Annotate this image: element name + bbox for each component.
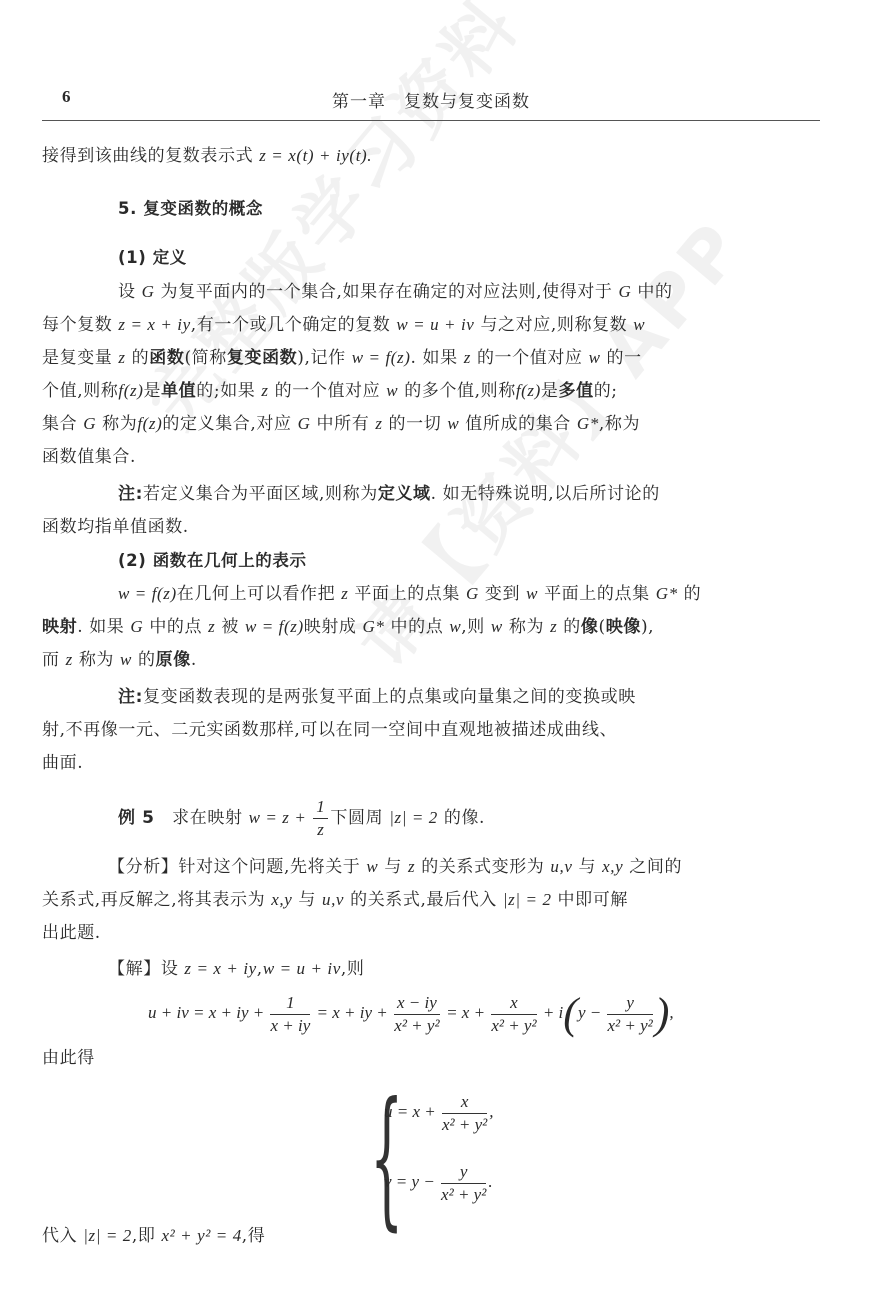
text: v = y −	[384, 1172, 439, 1191]
math-inline: w	[366, 857, 378, 876]
note: 注:若定义集合为平面区域,则称为定义域. 如无特殊说明,以后所讨论的	[118, 482, 820, 506]
math-inline: f(z)	[516, 381, 541, 400]
subsection-heading: (2) 函数在几何上的表示	[118, 549, 871, 573]
paragraph-line: 每个复数 z = x + iy,有一个或几个确定的复数 w = u + iv 与…	[42, 313, 820, 337]
text: y	[441, 1161, 486, 1184]
math-inline: z	[118, 348, 125, 367]
text: 接得到该曲线的复数表示式	[42, 146, 259, 166]
math-inline: u,v	[550, 857, 572, 876]
paragraph-line: 函数均指单值函数.	[42, 515, 820, 539]
note-label: 注:	[118, 687, 143, 707]
text: ,有一个或几个确定的复数	[191, 315, 397, 335]
subsection-heading: (1) 定义	[118, 246, 871, 270]
math-inline: w = z +	[249, 808, 312, 827]
math-inline: |z| = 2	[389, 808, 438, 827]
text: 1x + iy	[270, 992, 310, 1037]
text: + i	[539, 1003, 564, 1022]
text: 1	[313, 796, 328, 819]
math-inline: u,v	[322, 890, 344, 909]
bold-term: 映射	[42, 617, 77, 637]
note-label: 注:	[118, 484, 143, 504]
text: 是	[541, 381, 559, 401]
paragraph-line: 设 G 为复平面内的一个集合,如果存在确定的对应法则,使得对于 G 中的	[118, 280, 820, 304]
text: ,则	[341, 959, 365, 979]
bold-term: 多值	[558, 381, 593, 401]
text: 的关系式变形为	[415, 857, 550, 877]
text: 为复平面内的一个集合,如果存在确定的对应法则,使得对于	[155, 282, 619, 302]
text: 的一个值对应	[269, 381, 387, 401]
system-equation-v: v = y − yx² + y².	[384, 1158, 493, 1206]
math-inline: z	[66, 650, 73, 669]
bold-term: 函数	[149, 348, 184, 368]
paragraph-line: 是复变量 z 的函数(简称复变函数),记作 w = f(z). 如果 z 的一个…	[42, 346, 820, 370]
text: 设	[118, 282, 142, 302]
math-inline: w = u + iv	[263, 959, 341, 978]
chapter-title: 第一章 复数与复变函数	[42, 87, 820, 112]
math-inline: G*	[656, 584, 678, 603]
paragraph-line: 曲面.	[42, 751, 820, 775]
text: 之间的	[623, 857, 682, 877]
text: 的	[126, 348, 150, 368]
paragraph-line: 代入 |z| = 2,即 x² + y² = 4,得	[42, 1224, 820, 1248]
math-inline: G	[298, 414, 311, 433]
text: 函数值集合.	[42, 447, 136, 467]
text: = x + iy +	[312, 1003, 392, 1022]
text: 平面上的点集	[348, 584, 466, 604]
text: 称为	[503, 617, 550, 637]
text: 若定义集合为平面区域,则称为	[143, 484, 378, 504]
text: 是	[143, 381, 161, 401]
paragraph-line: w = f(z)在几何上可以看作把 z 平面上的点集 G 变到 w 平面上的点集…	[118, 582, 820, 606]
text: 与之对应,则称复数	[474, 315, 633, 335]
paragraph-line: 由此得	[42, 1046, 820, 1070]
text: x² + y²	[442, 1114, 487, 1136]
text: 1	[270, 992, 310, 1015]
math-inline: G	[130, 617, 143, 636]
bold-term: 原像	[156, 650, 191, 670]
text: 与	[292, 890, 322, 910]
text: x² + y²	[491, 1015, 536, 1037]
formula: z = x(t) + iy(t).	[259, 146, 372, 165]
text: 函数均指单值函数.	[42, 517, 189, 537]
math-inline: f(z)	[137, 414, 162, 433]
text: x + iy	[270, 1015, 310, 1037]
text: 射,不再像一元、二元实函数那样,可以在同一空间中直观地被描述成曲线、	[42, 720, 617, 740]
text: .	[488, 1172, 492, 1191]
text: . 如果	[77, 617, 130, 637]
paragraph-line: 函数值集合.	[42, 445, 820, 469]
text: 个值,则称	[42, 381, 118, 401]
math-inline: G	[466, 584, 479, 603]
text: 与	[378, 857, 408, 877]
math-inline: z = x + iy	[184, 959, 256, 978]
display-equation: u + iv = x + iy + 1x + iy = x + iy + x −…	[148, 988, 674, 1039]
text: 的;如果	[196, 381, 261, 401]
text: 复变函数表现的是两张复平面上的点集或向量集之间的变换或映	[143, 687, 636, 707]
text: 平面上的点集	[538, 584, 656, 604]
text: 的定义集合,对应	[162, 414, 297, 434]
math-inline: w	[633, 315, 645, 334]
text: 中的点	[385, 617, 450, 637]
text: )	[655, 989, 670, 1038]
text: (简称	[184, 348, 226, 368]
text: 下圆周	[330, 808, 389, 828]
example-statement: 例 5 求在映射 w = z + 1z下圆周 |z| = 2 的像.	[118, 796, 820, 846]
text: x² + y²	[394, 1015, 440, 1037]
paragraph-line: 射,不再像一元、二元实函数那样,可以在同一空间中直观地被描述成曲线、	[42, 718, 820, 742]
math-inline: f(z)	[118, 381, 143, 400]
text: 变到	[479, 584, 526, 604]
math-inline: G	[83, 414, 96, 433]
text: 称为	[96, 414, 137, 434]
text: ,	[669, 1003, 673, 1022]
text: 而	[42, 650, 66, 670]
text	[155, 808, 173, 828]
text: 中的	[631, 282, 672, 302]
math-inline: w	[447, 414, 459, 433]
text: yx² + y²	[607, 992, 652, 1037]
text: ,称为	[599, 414, 640, 434]
text: 称为	[73, 650, 120, 670]
math-inline: z = x + iy	[118, 315, 190, 334]
text: 出此题.	[42, 923, 101, 943]
analysis-label: 【分析】	[108, 857, 178, 877]
system-equation-u: u = x + xx² + y²,	[384, 1088, 494, 1136]
math-inline: |z| = 2	[83, 1226, 132, 1245]
text: xx² + y²	[491, 992, 536, 1037]
math-inline: w	[491, 617, 503, 636]
math-inline: w = f(z)	[352, 348, 411, 367]
text: . 如无特殊说明,以后所讨论的	[431, 484, 660, 504]
running-header: 6 第一章 复数与复变函数	[42, 82, 820, 121]
math-inline: w = f(z)	[245, 617, 304, 636]
text: u + iv = x + iy +	[148, 1003, 268, 1022]
text: 的	[132, 650, 156, 670]
bold-term: 定义域	[378, 484, 431, 504]
text: 中即可解	[552, 890, 628, 910]
math-inline: w	[526, 584, 538, 603]
text: (	[599, 617, 606, 637]
solution-paragraph: 【解】设 z = x + iy,w = u + iv,则	[108, 957, 810, 981]
text: 关系式,再反解之,将其表示为	[42, 890, 271, 910]
text: z	[313, 819, 328, 841]
bold-term: 像	[581, 617, 599, 637]
text: ),	[641, 617, 654, 637]
text: 是复变量	[42, 348, 118, 368]
math-inline: G*	[577, 414, 599, 433]
paragraph-line: 关系式,再反解之,将其表示为 x,y 与 u,v 的关系式,最后代入 |z| =…	[42, 888, 820, 912]
math-inline: x,y	[602, 857, 623, 876]
paragraph-line: 集合 G 称为f(z)的定义集合,对应 G 中所有 z 的一切 w 值所成的集合…	[42, 412, 820, 436]
text: 的像.	[438, 808, 485, 828]
text: . 如果	[411, 348, 464, 368]
text: ,得	[242, 1226, 266, 1246]
math-inline: z	[261, 381, 268, 400]
text: u = x +	[384, 1102, 440, 1121]
text: 在几何上可以看作把	[177, 584, 341, 604]
example-label: 例 5	[118, 808, 155, 828]
text: = x +	[442, 1003, 490, 1022]
text: (	[563, 989, 578, 1038]
text: 代入	[42, 1226, 83, 1246]
text: ,即	[132, 1226, 162, 1246]
text: 的	[678, 584, 702, 604]
math-inline: G	[142, 282, 155, 301]
paragraph-line: 映射. 如果 G 中的点 z 被 w = f(z)映射成 G* 中的点 w,则 …	[42, 615, 820, 639]
text: 的一切	[383, 414, 448, 434]
math-inline: G	[619, 282, 632, 301]
text: 被	[215, 617, 245, 637]
text: ),记作	[297, 348, 351, 368]
math-inline: w = u + iv	[396, 315, 474, 334]
analysis-paragraph: 【分析】针对这个问题,先将关于 w 与 z 的关系式变形为 u,v 与 x,y …	[108, 855, 810, 879]
paragraph-line: 而 z 称为 w 的原像.	[42, 648, 820, 672]
math-inline: z	[464, 348, 471, 367]
text: 映射成	[304, 617, 363, 637]
fraction: 1z	[313, 796, 328, 841]
math-inline: z	[375, 414, 382, 433]
text: x	[442, 1091, 487, 1114]
text: 值所成的集合	[459, 414, 577, 434]
math-inline: w = f(z)	[118, 584, 177, 603]
bold-term: 单值	[161, 381, 196, 401]
text: 中的点	[143, 617, 208, 637]
text: 每个复数	[42, 315, 118, 335]
text: 与	[573, 857, 603, 877]
text: 的一个值对应	[471, 348, 589, 368]
text: ,则	[461, 617, 491, 637]
text: 集合	[42, 414, 83, 434]
math-inline: x,y	[271, 890, 292, 909]
text: 的多个值,则称	[398, 381, 516, 401]
text: 求在映射	[172, 808, 248, 828]
document-page: 完整版学习资料 请【资料】APP 6 第一章 复数与复变函数 接得到该曲线的复数…	[0, 0, 871, 1313]
text: 的;	[594, 381, 618, 401]
text: y	[607, 992, 652, 1015]
text: x	[491, 992, 536, 1015]
text: yx² + y²	[441, 1161, 486, 1206]
text: 的关系式,最后代入	[344, 890, 503, 910]
paragraph-line: 出此题.	[42, 921, 820, 945]
math-inline: x² + y² = 4	[161, 1226, 241, 1245]
solution-label: 【解】	[108, 959, 161, 979]
note: 注:复变函数表现的是两张复平面上的点集或向量集之间的变换或映	[118, 685, 820, 709]
text: 针对这个问题,先将关于	[178, 857, 366, 877]
text: 由此得	[42, 1048, 95, 1068]
math-inline: w	[449, 617, 461, 636]
text: x − iy	[394, 992, 440, 1015]
text: 的	[557, 617, 581, 637]
text: 中所有	[311, 414, 376, 434]
math-inline: |z| = 2	[503, 890, 552, 909]
section-heading: 5. 复变函数的概念	[118, 197, 871, 221]
text: x² + y²	[607, 1015, 652, 1037]
math-inline: w	[386, 381, 398, 400]
text: 的一	[601, 348, 642, 368]
paragraph-line: 接得到该曲线的复数表示式 z = x(t) + iy(t).	[42, 144, 820, 168]
text: .	[191, 650, 197, 670]
math-inline: G*	[363, 617, 385, 636]
text: y −	[578, 1003, 606, 1022]
text: xx² + y²	[442, 1091, 487, 1136]
text: x − iyx² + y²	[394, 992, 440, 1037]
bold-term: 复变函数	[227, 348, 297, 368]
paragraph-line: 个值,则称f(z)是单值的;如果 z 的一个值对应 w 的多个值,则称f(z)是…	[42, 379, 820, 403]
math-inline: w	[120, 650, 132, 669]
math-inline: w	[589, 348, 601, 367]
bold-term: 映像	[606, 617, 641, 637]
text: 曲面.	[42, 753, 83, 773]
text: x² + y²	[441, 1184, 486, 1206]
text: ,	[489, 1102, 493, 1121]
text: 设	[161, 959, 185, 979]
